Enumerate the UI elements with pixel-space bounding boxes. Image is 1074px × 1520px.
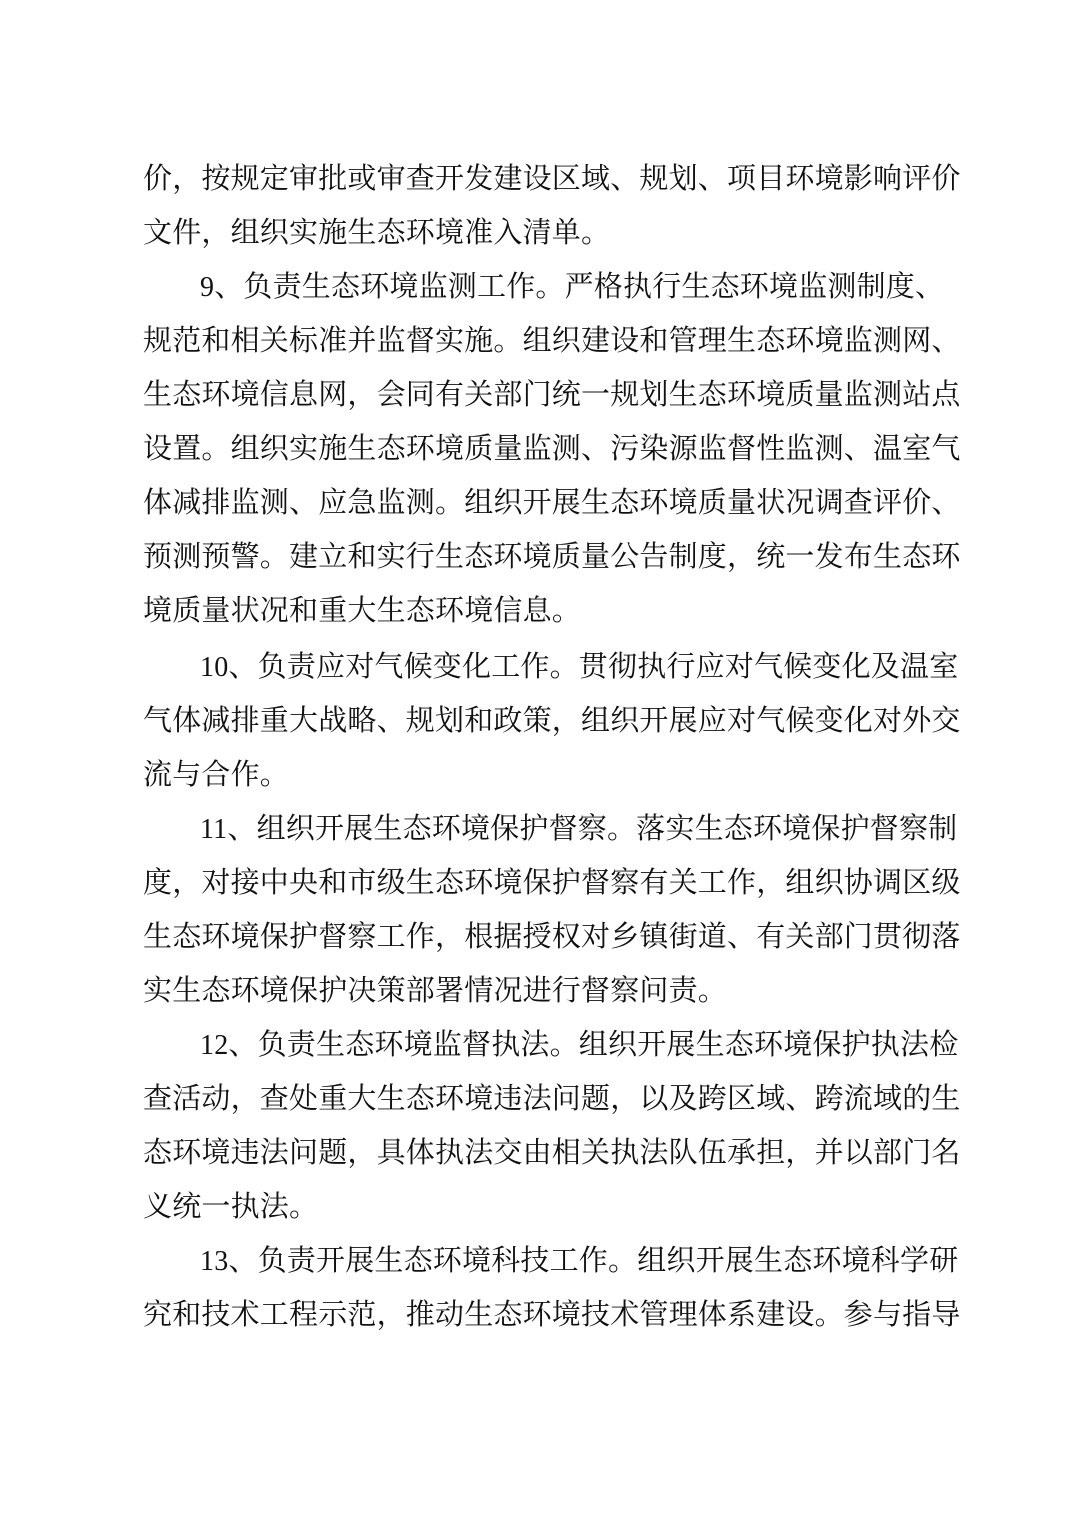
item-number: 11 bbox=[200, 814, 227, 845]
text-line: 气体减排重大战略、规划和政策，组织开展应对气候变化对外交 bbox=[143, 700, 943, 740]
paragraph-10-first-line: 10、负责应对气候变化工作。贯彻执行应对气候变化及温室 bbox=[200, 646, 943, 686]
text-line: 规范和相关标准并监督实施。组织建设和管理生态环境监测网、 bbox=[143, 320, 943, 360]
text-line: 、负责应对气候变化工作。贯彻执行应对气候变化及温室 bbox=[228, 649, 958, 683]
item-number: 12 bbox=[200, 1030, 228, 1061]
paragraph-13-first-line: 13、负责开展生态环境科技工作。组织开展生态环境科学研 bbox=[200, 1240, 943, 1280]
text-line: 、负责生态环境监测工作。严格执行生态环境监测制度、 bbox=[214, 269, 944, 303]
text-line: 义统一执法。 bbox=[143, 1186, 943, 1226]
text-line: 实生态环境保护决策部署情况进行督察问责。 bbox=[143, 970, 943, 1010]
text-line: 价，按规定审批或审查开发建设区域、规划、项目环境影响评价 bbox=[143, 158, 943, 198]
text-line: 文件，组织实施生态环境准入清单。 bbox=[143, 212, 943, 252]
text-line: 、负责开展生态环境科技工作。组织开展生态环境科学研 bbox=[228, 1243, 958, 1277]
text-line: 生态环境信息网，会同有关部门统一规划生态环境质量监测站点 bbox=[143, 374, 943, 414]
item-number: 9 bbox=[200, 272, 214, 303]
text-line: 境质量状况和重大生态环境信息。 bbox=[143, 590, 943, 630]
text-line: 态环境违法问题，具体执法交由相关执法队伍承担，并以部门名 bbox=[143, 1132, 943, 1172]
text-line: 体减排监测、应急监测。组织开展生态环境质量状况调查评价、 bbox=[143, 482, 943, 522]
text-line: 究和技术工程示范，推动生态环境技术管理体系建设。参与指导 bbox=[143, 1294, 943, 1334]
document-page: 价，按规定审批或审查开发建设区域、规划、项目环境影响评价 文件，组织实施生态环境… bbox=[0, 0, 1074, 1520]
text-line: 度，对接中央和市级生态环境保护督察有关工作，组织协调区级 bbox=[143, 862, 943, 902]
text-line: 设置。组织实施生态环境质量监测、污染源监督性监测、温室气 bbox=[143, 428, 943, 468]
paragraph-12-first-line: 12、负责生态环境监督执法。组织开展生态环境保护执法检 bbox=[200, 1024, 943, 1064]
item-number: 13 bbox=[200, 1246, 228, 1277]
text-line: 生态环境保护督察工作，根据授权对乡镇街道、有关部门贯彻落 bbox=[143, 916, 943, 956]
paragraph-9-first-line: 9、负责生态环境监测工作。严格执行生态环境监测制度、 bbox=[200, 266, 943, 306]
text-line: 、组织开展生态环境保护督察。落实生态环境保护督察制 bbox=[227, 811, 957, 845]
text-line: 预测预警。建立和实行生态环境质量公告制度，统一发布生态环 bbox=[143, 536, 943, 576]
text-line: 流与合作。 bbox=[143, 754, 943, 794]
text-line: 查活动，查处重大生态环境违法问题，以及跨区域、跨流域的生 bbox=[143, 1078, 943, 1118]
text-line: 、负责生态环境监督执法。组织开展生态环境保护执法检 bbox=[228, 1027, 958, 1061]
paragraph-11-first-line: 11、组织开展生态环境保护督察。落实生态环境保护督察制 bbox=[200, 808, 943, 848]
item-number: 10 bbox=[200, 652, 228, 683]
